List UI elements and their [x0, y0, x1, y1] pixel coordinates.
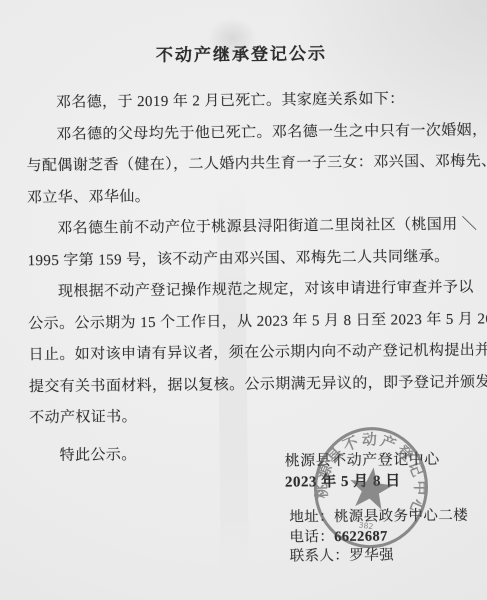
phone-value: 6622687 — [334, 528, 388, 545]
paragraph-line: 现根据不动产登记操作规范之规定，对该申请进行审查并予以 — [28, 273, 464, 309]
paragraph-line: 邓名德的父母均先于他已死亡。邓名德一生之中只有一次婚姻， — [26, 115, 462, 151]
signoff-date: 2023 年 5 月 8 日 — [285, 471, 440, 494]
page-title: 不动产继承登记公示 — [25, 38, 457, 68]
paragraph-line: 提交有关书面材料，据以复核。公示期满无异议的，即予登记并颁发 — [29, 367, 465, 403]
paragraph-line: 1995 字第 159 号，该不动产由邓兴国、邓梅先二人共同继承。 — [27, 241, 463, 277]
address-label: 地址： — [289, 509, 334, 525]
signoff-block: 桃源县不动产登记中心 2023 年 5 月 8 日 — [285, 450, 440, 494]
paragraph-line: 日止。如对该申请有异议者，须在公示期内向不动产登记机构提出并 — [28, 336, 464, 372]
paragraph-line: 邓名德，于 2019 年 2 月已死亡。其家庭关系如下： — [26, 84, 462, 120]
contact-address: 地址：桃源县政务中心二楼 — [289, 507, 468, 528]
phone-label: 电话： — [289, 529, 334, 545]
person-label: 联系人： — [290, 548, 350, 565]
paragraph-line: 不动产权证书。 — [29, 399, 465, 435]
contact-block: 地址：桃源县政务中心二楼 电话：6622687 联系人：罗华强 — [289, 507, 468, 567]
signoff-agency: 桃源县不动产登记中心 — [285, 450, 440, 473]
address-value: 桃源县政务中心二楼 — [334, 508, 468, 525]
paragraph-line: 邓立华、邓华仙。 — [27, 178, 463, 214]
notice-document: 不动产继承登记公示 邓名德，于 2019 年 2 月已死亡。其家庭关系如下： 邓… — [0, 0, 487, 600]
paragraph-line: 公示。公示期为 15 个工作日，从 2023 年 5 月 8 日至 2023 年… — [28, 304, 464, 340]
contact-person: 联系人：罗华强 — [290, 546, 469, 567]
contact-phone: 电话：6622687 — [289, 526, 468, 547]
person-value: 罗华强 — [349, 547, 394, 563]
paragraph-line: 邓名德生前不动产位于桃源县浔阳街道二里岗社区（桃国用 ＼ — [27, 210, 463, 246]
paragraph-line: 与配偶谢芝香（健在），二人婚内共生育一子三女：邓兴国、邓梅先、 — [26, 147, 462, 183]
notice-body: 邓名德，于 2019 年 2 月已死亡。其家庭关系如下： 邓名德的父母均先于他已… — [26, 84, 466, 473]
